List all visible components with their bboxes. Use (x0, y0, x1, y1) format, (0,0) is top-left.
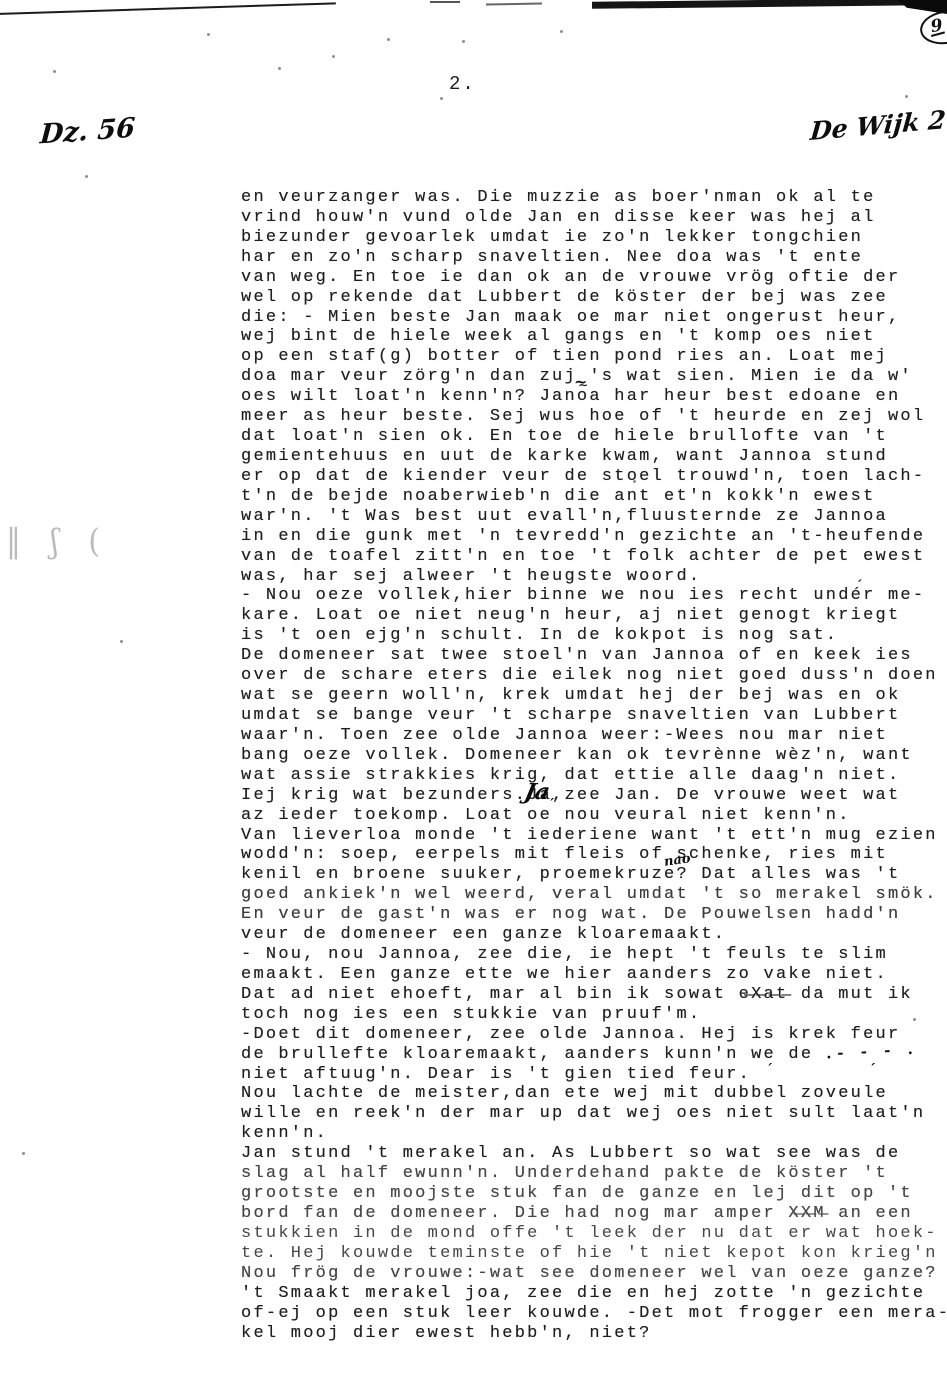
typed-line: grootste en moojste stuk fan de ganze en… (241, 1184, 947, 1204)
speckle-dot (633, 480, 636, 483)
typed-line: Nou frög de vrouwe:-wat see domeneer wel… (241, 1264, 947, 1284)
scanned-document-page: 9 2. Dz. 56 De Wijk 2 ‖ ʃ ( en veurzange… (0, 0, 947, 1374)
handwritten-tick-marks: ´´ (766, 1062, 947, 1078)
typed-line: gemientehuus en uut de karke kwam, want … (241, 447, 947, 467)
typed-line: 't Smaakt merakel joa, zee die en hej zo… (241, 1284, 947, 1304)
typed-line: De domeneer sat twee stoel'n van Jannoa … (241, 646, 947, 666)
scan-artifact-line-left (0, 2, 336, 15)
typed-line: stukkien in de mond offe 't leek der nu … (241, 1224, 947, 1244)
typed-line: t'n de bejde noaberwieb'n die ant et'n k… (241, 487, 947, 507)
typed-line: van de toafel zitt'n en toe 't folk acht… (241, 547, 947, 567)
speckle-dot (120, 640, 123, 643)
typed-line: van weg. En toe ie dan ok an de vrouwe v… (241, 268, 947, 288)
typed-line: wel op rekende dat Lubbert de köster der… (241, 288, 947, 308)
typed-line: doa mar veur zörg'n dan zuj 's wat sien.… (241, 367, 947, 387)
speckle-dot (53, 70, 56, 73)
scan-artifact-line-right (592, 0, 947, 9)
speckle-dot (278, 67, 281, 70)
speckle-dot (332, 55, 335, 58)
typed-line: wej bint de hiele week al gangs en 't ko… (241, 327, 947, 347)
handwritten-zuj-mark: ∼ (578, 378, 588, 392)
typed-line: emaakt. Een ganze ette we hier aanders z… (241, 965, 947, 985)
handwritten-archive-code-left: Dz. 56 (39, 113, 136, 151)
typed-line: umdat se bange veur 't scharpe snaveltie… (241, 706, 947, 726)
typed-line: En veur de gast'n was er nog wat. De Pou… (241, 905, 947, 925)
typed-line: -Doet dit domeneer, zee olde Jannoa. Hej… (241, 1025, 947, 1045)
typed-line: - Nou oeze vollek,hier binne we nou ies … (241, 586, 947, 606)
typed-line: er op dat de kiender veur de stoel trouw… (241, 467, 947, 487)
typed-line: biezunder gevoarlek umdat ie zo'n lekker… (241, 228, 947, 248)
typed-line: bang oeze vollek. Domeneer kan ok tevrèn… (241, 746, 947, 766)
typed-line: Nou lachte de meister,dan ete wej mit du… (241, 1084, 947, 1104)
typed-line: bord fan de domeneer. Die had nog mar am… (241, 1204, 947, 1224)
typed-line: har en zo'n scharp snaveltien. Nee doa w… (241, 248, 947, 268)
speckle-dot (207, 33, 210, 36)
speckle-dot (387, 38, 390, 41)
typed-line: oes wilt loat'n kenn'n? Janoa har heur b… (241, 387, 947, 407)
scan-artifact-dash (430, 1, 460, 3)
typed-line: in en die gunk met 'n tevredd'n gezichte… (241, 527, 947, 547)
typed-line: kel mooj dier ewest hebb'n, niet? (241, 1324, 947, 1344)
typed-line: Iej krig wat bezunders.Ja,zee Jan. De vr… (241, 786, 947, 806)
page-number: 2. (449, 73, 476, 95)
typed-line: op een staf(g) botter of tien pond ries … (241, 347, 947, 367)
typed-line: Van lieverloa monde 't iederiene want 't… (241, 826, 947, 846)
typed-line: slag al half ewunn'n. Underdehand pakte … (241, 1164, 947, 1184)
speckle-dot (905, 95, 908, 98)
speckle-dot (85, 175, 88, 178)
typed-line: of-ej op een stuk leer kouwde. -Det mot … (241, 1304, 947, 1324)
typed-line: wille en reek'n der mar up dat wej oes n… (241, 1104, 947, 1124)
typed-line: over de schare eters die eilek nog niet … (241, 666, 947, 686)
corner-circle-mark: 9 (918, 7, 947, 47)
speckle-dot (440, 97, 443, 100)
typed-line: was, har sej alweer 't heugste woord. (241, 567, 947, 587)
speckle-dot (838, 533, 841, 536)
typed-line: kenn'n. (241, 1124, 947, 1144)
speckle-dot (462, 40, 465, 43)
typed-line: en veurzanger was. Die muzzie as boer'nm… (241, 188, 947, 208)
typed-line: war'n. 't Was best uut evall'n,fluustern… (241, 507, 947, 527)
margin-ghost-marks: ‖ ʃ ( (6, 522, 110, 561)
typed-line: dat loat'n sien ok. En toe de hiele brul… (241, 427, 947, 447)
typed-line: az ieder toekomp. Loat oe nou veural nie… (241, 806, 947, 826)
speckle-dot (913, 1018, 916, 1021)
typed-line: te. Hej kouwde teminste of hie 't niet k… (241, 1244, 947, 1264)
scan-artifact-dash (486, 3, 542, 6)
typed-line: toch nog ies een stukkie van pruuf'm. (241, 1005, 947, 1025)
speckle-dot (560, 30, 563, 33)
speckle-dot (22, 1152, 25, 1155)
handwritten-oe-accent: ´ (548, 797, 555, 813)
typed-line: wat assie strakkies krig, dat ettie alle… (241, 766, 947, 786)
typed-line: kenil en broene suuker, proemekruze? Dat… (241, 865, 947, 885)
typed-line: wodd'n: soep, eerpels mit fleis of schen… (241, 845, 947, 865)
typed-text-block: en veurzanger was. Die muzzie as boer'nm… (241, 188, 947, 1343)
typed-line: vrind houw'n vund olde Jan en disse keer… (241, 208, 947, 228)
typed-line: die: - Mien beste Jan maak oe mar niet o… (241, 308, 947, 328)
typed-line: kare. Loat oe niet neug'n heur, aj niet … (241, 606, 947, 626)
handwritten-place-code-right: De Wijk 2 (809, 105, 947, 146)
typed-line: waar'n. Toen zee olde Jannoa weer:-Wees … (241, 726, 947, 746)
typed-line: veur de domeneer een ganze kloaremaakt. (241, 925, 947, 945)
typed-line: is 't oen ejg'n schult. In de kokpot is … (241, 626, 947, 646)
typed-line: meer as heur beste. Sej wus hoe of 't he… (241, 407, 947, 427)
typed-line: Dat ad niet ehoeft, mar al bin ik sowat … (241, 985, 947, 1005)
typed-line: wat se geern woll'n, krek umdat hej der … (241, 686, 947, 706)
typed-line: - Nou, nou Jannoa, zee die, ie hept 't f… (241, 945, 947, 965)
typed-line: goed ankiek'n wel weerd, veral umdat 't … (241, 885, 947, 905)
handwritten-under-accent: ´ (856, 579, 863, 594)
typed-line: Jan stund 't merakel an. As Lubbert so w… (241, 1144, 947, 1164)
